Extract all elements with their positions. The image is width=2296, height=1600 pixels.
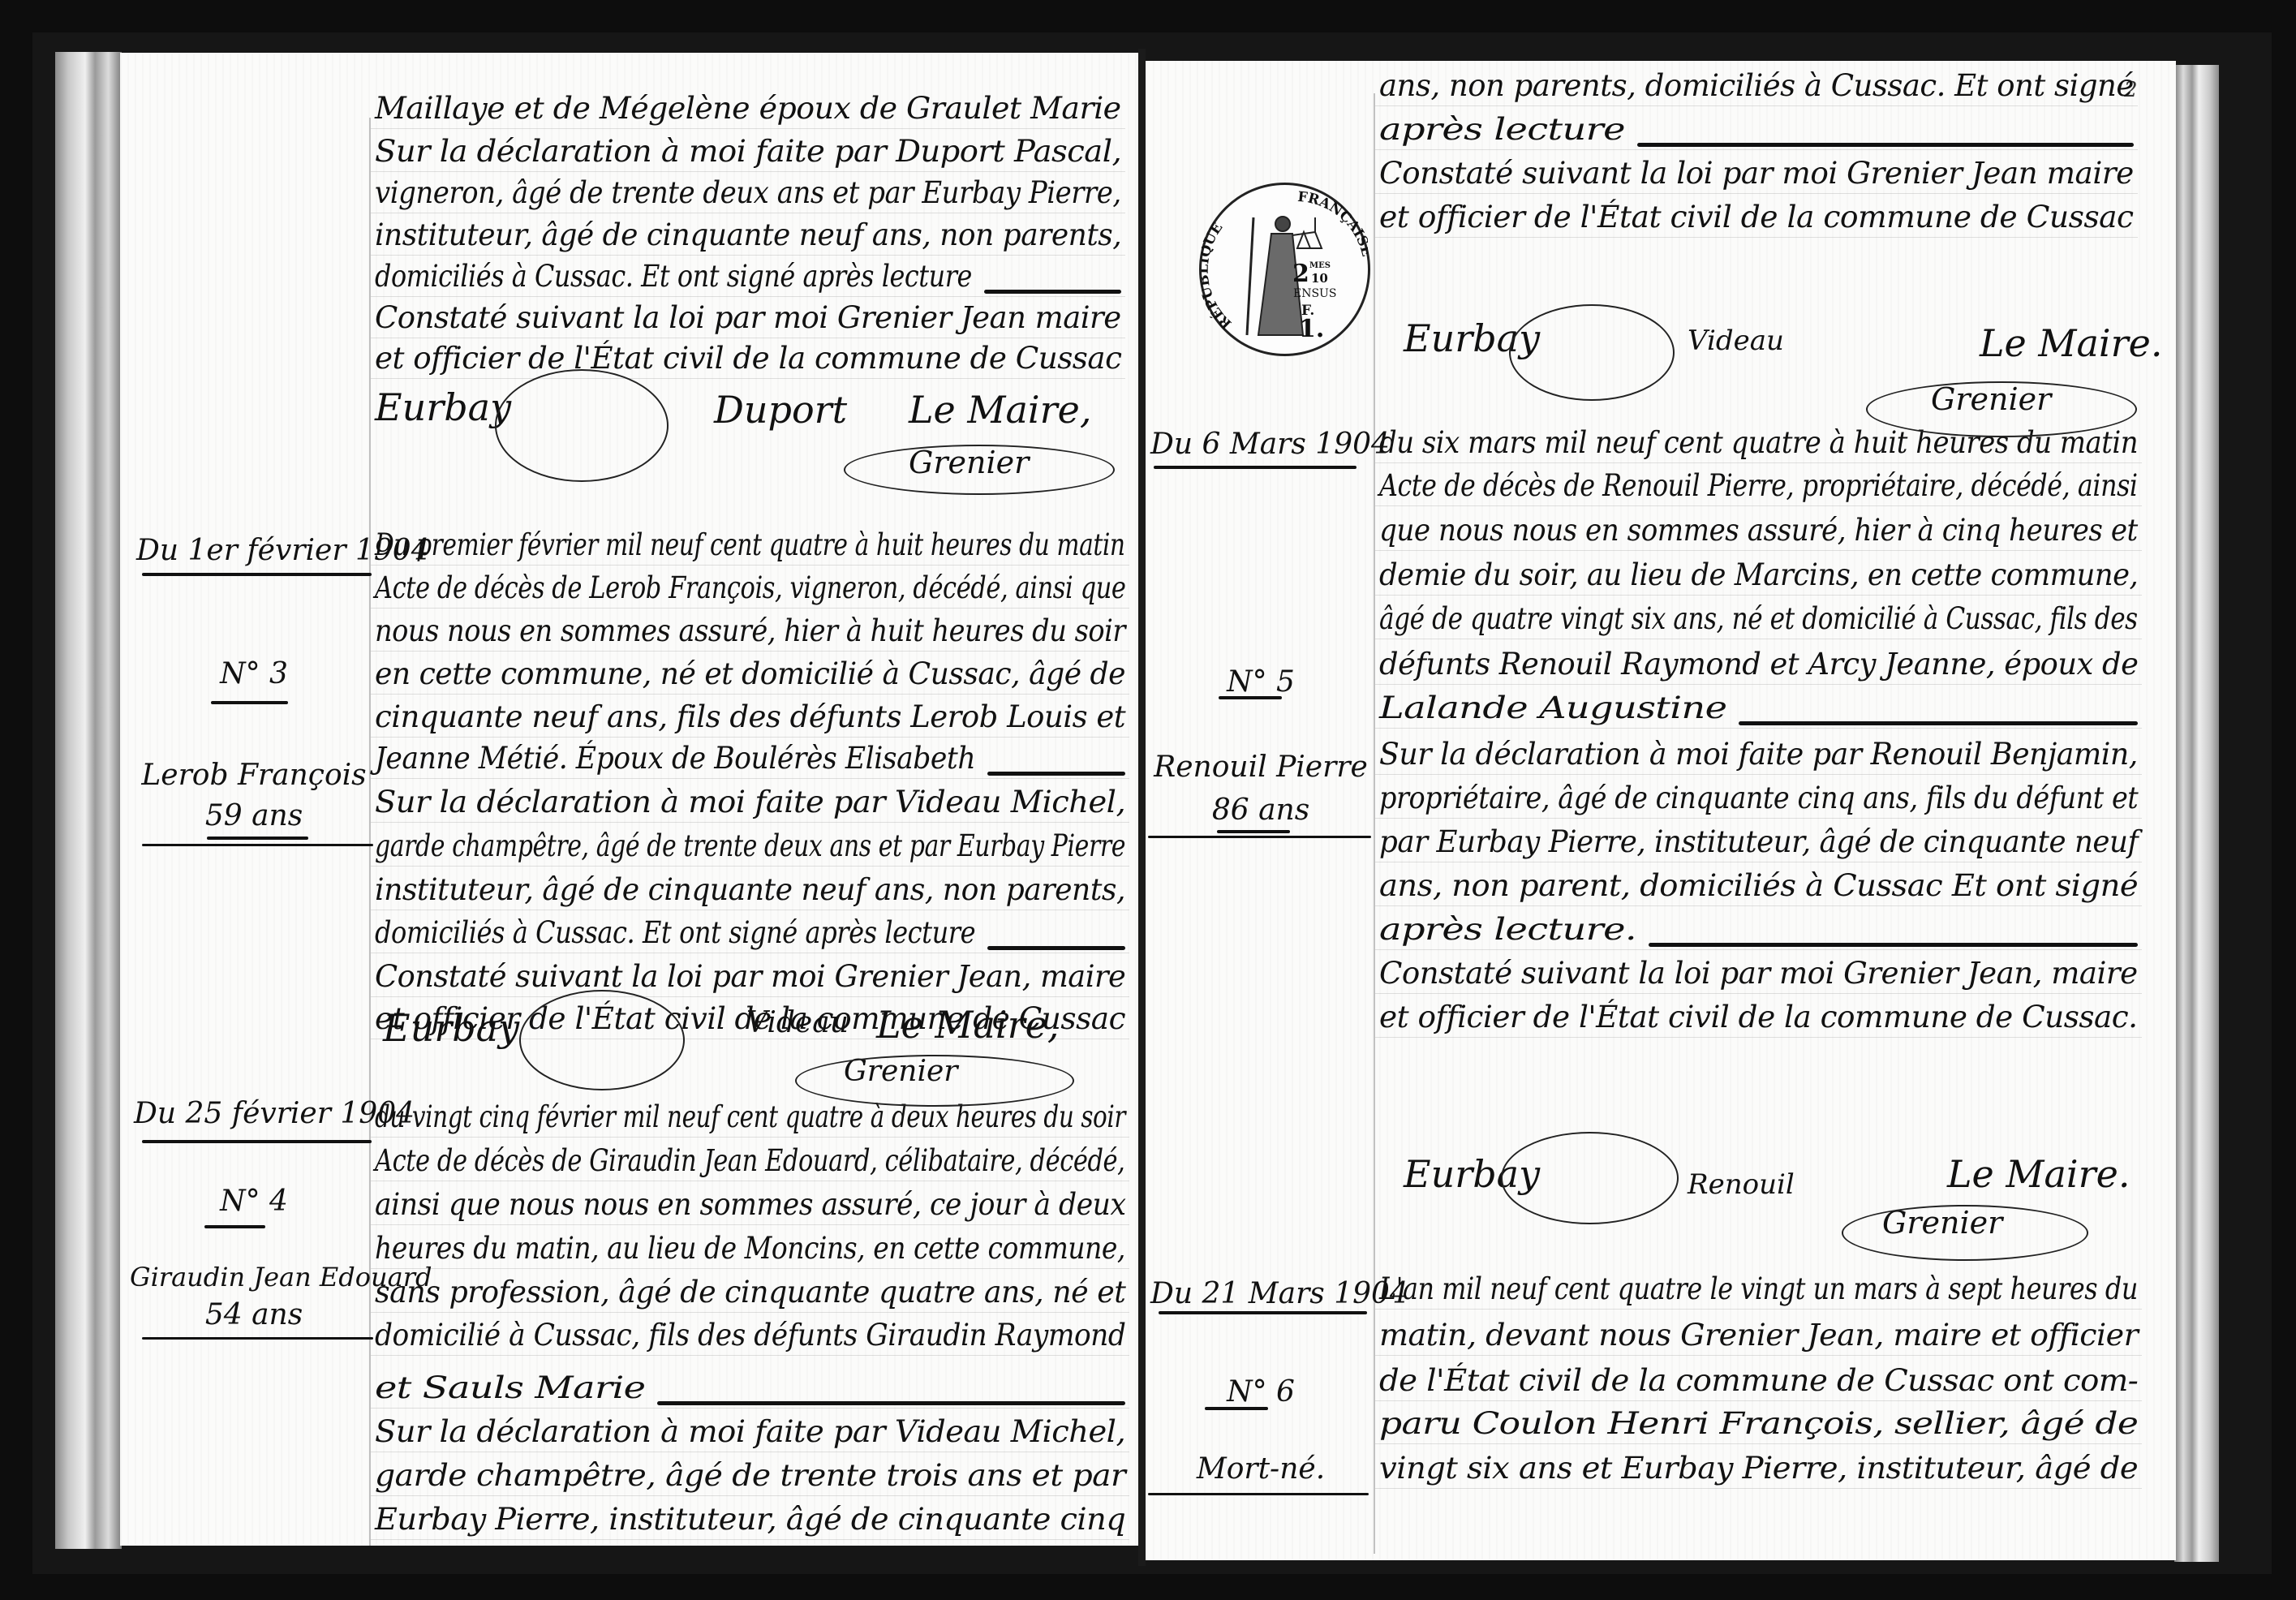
ruled-line [371,565,1129,566]
entry-6-separator [1148,1493,1369,1495]
stamp-value-sup: MES [1309,261,1331,270]
entry-5-separator [1148,836,1371,838]
ruled-line [1375,818,2142,819]
entry-4-date: Du 25 février 1904 [134,1097,373,1130]
svg-text:RÉPUBLIQUE: RÉPUBLIQUE [1202,220,1235,332]
handwritten-line: domiciliés à Cussac. Et ont signé après … [375,259,972,294]
handwritten-line: Constaté suivant la loi par moi Grenier … [1379,156,2134,191]
stamp-denomination: 1. [1299,315,1324,343]
ruled-line [371,910,1129,910]
ruled-line [1375,905,2142,906]
handwritten-line: Eurbay Pierre, instituteur, âgé de cinqu… [375,1502,1125,1537]
handwritten-line: cinquante neuf ans, fils des défunts Ler… [375,699,1125,734]
ruled-line [371,651,1129,652]
ruled-line [371,1408,1129,1409]
signature-flourish [795,1055,1074,1107]
ruled-line [1375,862,2142,862]
handwritten-line: que nous nous en sommes assuré, hier à c… [1379,513,2138,548]
entry-5-number-underline [1219,696,1282,699]
ruled-line [371,1452,1129,1452]
handwritten-line: après lecture [1379,112,1625,147]
ruled-line [1375,550,2142,551]
handwritten-line: et officier de l'État civil de la commun… [375,341,1121,376]
entry-3-date: Du 1er février 1904 [136,534,372,567]
handwritten-line: Jeanne Métié. Époux de Boulérès Elisabet… [375,741,975,776]
handwritten-line: Maillaye et de Mégelène époux de Graulet… [375,91,1121,126]
ruled-line [371,953,1129,953]
signature-videau: Videau [746,1006,849,1039]
signature-flourish [495,369,669,482]
signature-renouil: Renouil [1688,1168,1795,1201]
stamp-arc-text: RÉPUBLIQUE FRANÇAISE [1202,185,1368,354]
ruled-line [371,1539,1129,1540]
ruled-line [1375,1443,2142,1444]
signature-flourish [1509,304,1675,401]
entry-5-name: Renouil Pierre [1150,751,1371,784]
signature-eurbay: Eurbay [375,385,511,429]
ruled-line [371,737,1129,738]
ruled-line [1375,1400,2142,1401]
ruled-line [1375,993,2142,994]
handwritten-line: Sur la déclaration à moi faite par Dupor… [375,134,1121,169]
ruled-line [1375,149,2138,150]
signature-le-maire: Le Maire, [876,1003,1059,1047]
ruled-line [1375,684,2142,685]
signature-flourish [1842,1205,2088,1261]
ruled-line [371,694,1129,695]
signature-flourish [1866,381,2137,437]
entry-4-number-underline [204,1225,265,1228]
stamp-value: 2 [1292,260,1309,288]
ruled-line [1375,1037,2142,1038]
ruled-line [1375,728,2142,729]
entry-6-name: Mort-né. [1150,1452,1371,1486]
handwritten-line: Acte de décès de Giraudin Jean Edouard, … [375,1143,1124,1178]
right-margin-column-line [1374,93,1375,1554]
signature-duport: Duport [714,388,847,432]
signature-flourish [519,990,685,1090]
handwritten-line: Lalande Augustine [1379,690,1726,725]
ruled-line [371,128,1125,129]
entry-5-age: 86 ans [1150,794,1371,827]
handwritten-line: garde champêtre, âgé de trente trois ans… [375,1458,1125,1493]
ruled-line [1375,949,2142,950]
handwritten-line: sans profession, âgé de cinquante quatre… [375,1275,1125,1310]
handwritten-line: Sur la déclaration à moi faite par Videa… [375,785,1125,819]
entry-4-date-underline [142,1140,372,1143]
handwritten-line: demie du soir, au lieu de Marcins, en ce… [1379,557,2138,592]
ruled-line [1375,105,2138,106]
ruled-line [371,1495,1129,1496]
entry-3-age-underline [207,837,308,840]
handwritten-line: nous nous en sommes assuré, hier à huit … [375,613,1125,648]
entry-6-date: Du 21 Mars 1904 [1150,1277,1371,1310]
handwritten-line: et Sauls Marie [375,1370,645,1405]
entry-5-number: N° 5 [1150,665,1371,699]
ruled-line [371,213,1125,213]
ruled-line [1375,774,2142,775]
ruled-line [371,822,1129,823]
signature-flourish [1501,1132,1679,1224]
stamp-value-frac: 10 [1311,271,1328,286]
ruled-line [371,778,1129,779]
ruled-line [371,1312,1129,1313]
ruled-line [371,1181,1129,1181]
handwritten-line: Constaté suivant la loi par moi Grenier … [1379,956,2138,991]
handwritten-line: âgé de quatre vingt six ans, né et domic… [1379,601,2138,636]
handwritten-line: domiciliés à Cussac. Et ont signé après … [375,915,975,950]
left-page-stack-edge [55,52,122,1549]
handwritten-line: Sur la déclaration à moi faite par Renou… [1379,737,2138,772]
entry-4-number: N° 4 [136,1185,372,1218]
handwritten-line: Acte de décès de Lerob François, vignero… [375,570,1126,605]
signature-le-maire: Le Maire. [1980,321,2162,365]
end-of-paragraph-dash [984,290,1121,294]
ruled-line [1375,505,2142,506]
ruled-line [1375,462,2142,463]
ruled-line [371,171,1125,172]
handwritten-line: vingt six ans et Eurbay Pierre, institut… [1379,1451,2138,1486]
handwritten-line: du vingt cinq février mil neuf cent quat… [375,1099,1125,1134]
entry-3-age: 59 ans [136,799,372,832]
handwritten-line: Acte de décès de Renouil Pierre, proprié… [1379,468,2138,503]
signature-le-maire: Le Maire. [1947,1152,2130,1196]
ruled-line [371,296,1125,297]
ruled-line [371,338,1125,338]
entry-3-name: Lerob François [136,759,372,792]
entry-6-number-underline [1205,1407,1268,1410]
ruled-line [371,1268,1129,1269]
book-gutter [1138,49,1146,1566]
ruled-line [371,255,1125,256]
handwritten-line: ans, non parents, domiciliés à Cussac. E… [1379,68,2134,103]
handwritten-line: défunts Renouil Raymond et Arcy Jeanne, … [1379,647,2138,682]
handwritten-line: propriétaire, âgé de cinquante cinq ans,… [1379,781,2138,815]
end-of-paragraph-dash [987,946,1125,950]
stamp-value-label: ENSUS [1293,287,1336,300]
handwritten-line: et officier de l'État civil de la commun… [1379,200,2134,234]
ruled-line [371,996,1129,997]
signature-flourish [844,445,1115,495]
entry-6-number: N° 6 [1150,1375,1371,1409]
handwritten-line: vigneron, âgé de trente deux ans et par … [375,175,1121,210]
entry-5-date-underline [1154,466,1357,469]
ruled-line [371,1224,1129,1225]
handwritten-line: Sur la déclaration à moi faite par Videa… [375,1414,1125,1449]
ruled-line [1375,1488,2142,1489]
entry-4-separator [142,1337,373,1340]
handwritten-line: et officier de l'État civil de la commun… [1379,1000,2138,1034]
handwritten-line: après lecture. [1379,912,1636,947]
handwritten-line: en cette commune, né et domicilié à Cuss… [375,656,1125,691]
ruled-line [1375,595,2142,596]
ruled-line [371,1355,1129,1356]
ruled-line [371,1137,1129,1138]
handwritten-line: Du premier février mil neuf cent quatre … [375,527,1125,562]
right-page-stack-edge [2174,65,2219,1562]
end-of-paragraph-dash [1739,721,2138,725]
handwritten-line: instituteur, âgé de cinquante neuf ans, … [375,217,1121,252]
handwritten-line: heures du matin, au lieu de Moncins, en … [375,1231,1125,1266]
handwritten-line: L'an mil neuf cent quatre le vingt un ma… [1379,1271,2138,1306]
ruled-line [1375,1355,2142,1356]
handwritten-line: domicilié à Cussac, fils des défunts Gir… [375,1318,1125,1353]
handwritten-line: Constaté suivant la loi par moi Grenier … [375,300,1121,335]
handwritten-line: matin, devant nous Grenier Jean, maire e… [1379,1318,2138,1353]
handwritten-line: de l'État civil de la commune de Cussac … [1379,1363,2138,1398]
handwritten-line: garde champêtre, âgé de trente deux ans … [375,828,1125,863]
ruled-line [1375,237,2138,238]
ruled-line [1375,193,2138,194]
handwritten-line: instituteur, âgé de cinquante neuf ans, … [375,872,1125,907]
handwritten-line: ans, non parent, domiciliés à Cussac Et … [1379,868,2138,903]
ruled-line [371,866,1129,867]
end-of-paragraph-dash [1649,943,2138,947]
signature-le-maire: Le Maire, [909,388,1091,432]
entry-3-date-underline [142,573,372,576]
entry-5-date: Du 6 Mars 1904 [1150,428,1371,461]
signature-videau: Videau [1688,325,1784,357]
entry-3-separator [142,844,373,846]
end-of-paragraph-dash [657,1401,1125,1405]
handwritten-line: par Eurbay Pierre, instituteur, âgé de c… [1379,824,2138,859]
fiscal-stamp: RÉPUBLIQUE FRANÇAISE 2 MES 10 ENSUS F. 1… [1199,183,1370,356]
entry-4-name: Giraudin Jean Edouard [130,1262,373,1292]
entry-4-age: 54 ans [136,1298,372,1331]
ruled-line [371,608,1129,609]
end-of-paragraph-dash [987,772,1125,776]
handwritten-line: Constaté suivant la loi par moi Grenier … [375,959,1125,994]
entry-3-number: N° 3 [136,657,372,690]
ruled-line [1375,639,2142,639]
entry-5-age-underline [1217,830,1290,833]
entry-6-date-underline [1159,1311,1367,1314]
entry-3-number-underline [211,701,288,704]
handwritten-line: ainsi que nous nous en sommes assuré, ce… [375,1187,1125,1222]
ruled-line [1375,1309,2142,1310]
ruled-line [371,378,1125,379]
signature-eurbay: Eurbay [383,1006,519,1050]
end-of-paragraph-dash [1637,143,2134,147]
handwritten-line: paru Coulon Henri François, sellier, âgé… [1379,1406,2138,1441]
